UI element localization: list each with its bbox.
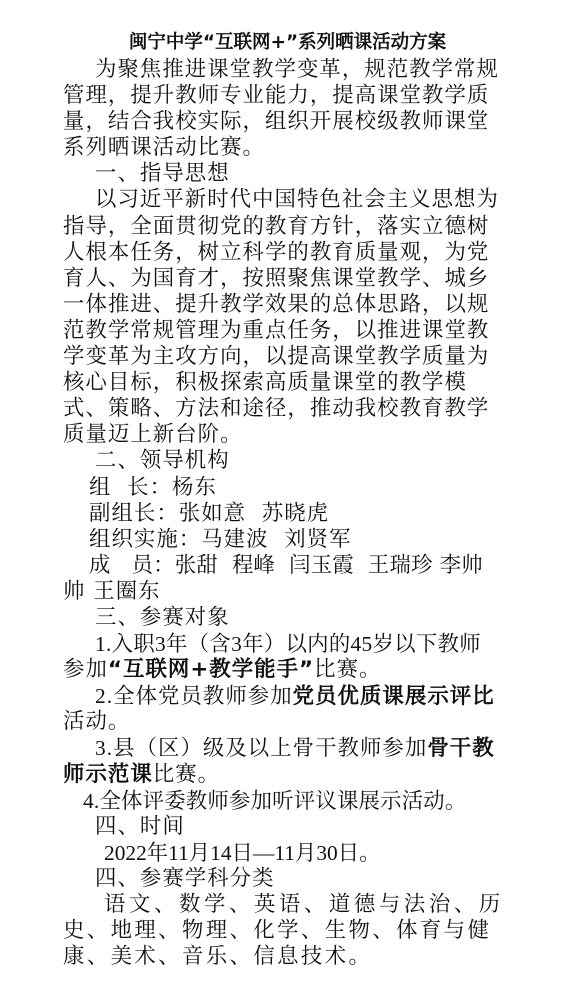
section-leadership: 二、领导机构 组 长：杨东 副组长：张如意 苏晓虎 组织实施：马建波 刘贤军 成… bbox=[63, 448, 518, 605]
text-line: 育人、为国育才，按照聚焦课堂教学、城乡 bbox=[63, 266, 518, 292]
text-line: 质量迈上新台阶。 bbox=[63, 422, 518, 448]
participant-item-1-cont: 参加“互联网+教学能手”比赛。 bbox=[63, 657, 518, 683]
section-guiding-ideology: 一、指导思想 以习近平新时代中国特色社会主义思想为 指导，全面贯彻党的教育方针，… bbox=[63, 161, 518, 448]
participant-item-3: 3.县（区）级及以上骨干教师参加骨干教 bbox=[63, 735, 518, 761]
competition-name: “互联网+教学能手” bbox=[108, 657, 314, 682]
text-line: 以习近平新时代中国特色社会主义思想为 bbox=[63, 187, 518, 213]
section-heading: 一、指导思想 bbox=[63, 161, 518, 187]
text-line: 学变革为主攻方向，以提高课堂教学质量为 bbox=[63, 344, 518, 370]
text-line: 一体推进、提升教学效果的总体思路，以规 bbox=[63, 292, 518, 318]
participant-item-1: 1.入职3年（含3年）以内的45岁以下教师 bbox=[63, 631, 518, 657]
document: 闽宁中学“互联网+”系列晒课活动方案 为聚焦推进课堂教学变革，规范教学常规 管理… bbox=[63, 29, 518, 970]
members-continued: 帅 王圈东 bbox=[63, 579, 518, 605]
members: 成 员：张甜 程峰 闫玉霞 王瑞珍 李帅 bbox=[63, 553, 518, 579]
section-subjects: 四、参赛学科分类 语文、数学、英语、道德与法治、历 史、地理、物理、化学、生物、… bbox=[63, 866, 518, 970]
text: 比赛。 bbox=[314, 657, 381, 682]
section-heading: 四、参赛学科分类 bbox=[63, 866, 518, 892]
text-line: 人根本任务，树立科学的教育质量观，为党 bbox=[63, 240, 518, 266]
text: 2.全体党员教师参加 bbox=[95, 684, 293, 708]
intro-paragraph: 为聚焦推进课堂教学变革，规范教学常规 管理，提升教师专业能力，提高课堂教学质 量… bbox=[63, 57, 518, 161]
text: 比赛。 bbox=[153, 762, 220, 787]
text: 参加 bbox=[63, 657, 108, 682]
group-leader: 组 长：杨东 bbox=[63, 475, 518, 501]
participant-item-4: 4.全体评委教师参加听评议课展示活动。 bbox=[63, 788, 518, 814]
text-line: 量，结合我校实际，组织开展校级教师课堂 bbox=[63, 109, 518, 135]
competition-name: 党员优质课展示评比 bbox=[293, 684, 495, 708]
text-line: 为聚焦推进课堂教学变革，规范教学常规 bbox=[63, 57, 518, 83]
subjects-line: 史、地理、物理、化学、生物、体育与健 bbox=[63, 918, 518, 944]
date-range: 2022年11月14日—11月30日。 bbox=[63, 840, 518, 866]
participant-item-2: 2.全体党员教师参加党员优质课展示评比 bbox=[63, 683, 518, 709]
subjects-line: 康、美术、音乐、信息技术。 bbox=[63, 944, 518, 970]
competition-name: 师示范课 bbox=[63, 762, 153, 787]
text-line: 式、策略、方法和途径，推动我校教育教学 bbox=[63, 396, 518, 422]
text-line: 指导，全面贯彻党的教育方针，落实立德树 bbox=[63, 214, 518, 240]
section-heading: 三、参赛对象 bbox=[63, 605, 518, 631]
section-heading: 四、时间 bbox=[63, 814, 518, 840]
text-line: 系列晒课活动比赛。 bbox=[63, 135, 518, 161]
text-line: 管理，提升教师专业能力，提高课堂教学质 bbox=[63, 83, 518, 109]
text-line: 核心目标，积极探索高质量课堂的教学模 bbox=[63, 370, 518, 396]
implementers: 组织实施：马建波 刘贤军 bbox=[63, 527, 518, 553]
competition-name: 骨干教 bbox=[427, 736, 494, 760]
text-line: 范教学常规管理为重点任务，以推进课堂教 bbox=[63, 318, 518, 344]
section-time: 四、时间 2022年11月14日—11月30日。 bbox=[63, 814, 518, 866]
subjects-line: 语文、数学、英语、道德与法治、历 bbox=[63, 892, 518, 918]
participant-item-2-cont: 活动。 bbox=[63, 709, 518, 735]
document-title: 闽宁中学“互联网+”系列晒课活动方案 bbox=[57, 29, 518, 57]
section-participants: 三、参赛对象 1.入职3年（含3年）以内的45岁以下教师 参加“互联网+教学能手… bbox=[63, 605, 518, 814]
text: 3.县（区）级及以上骨干教师参加 bbox=[95, 736, 427, 760]
participant-item-3-cont: 师示范课比赛。 bbox=[63, 762, 518, 788]
deputy-leaders: 副组长：张如意 苏晓虎 bbox=[63, 501, 518, 527]
section-heading: 二、领导机构 bbox=[63, 448, 518, 474]
